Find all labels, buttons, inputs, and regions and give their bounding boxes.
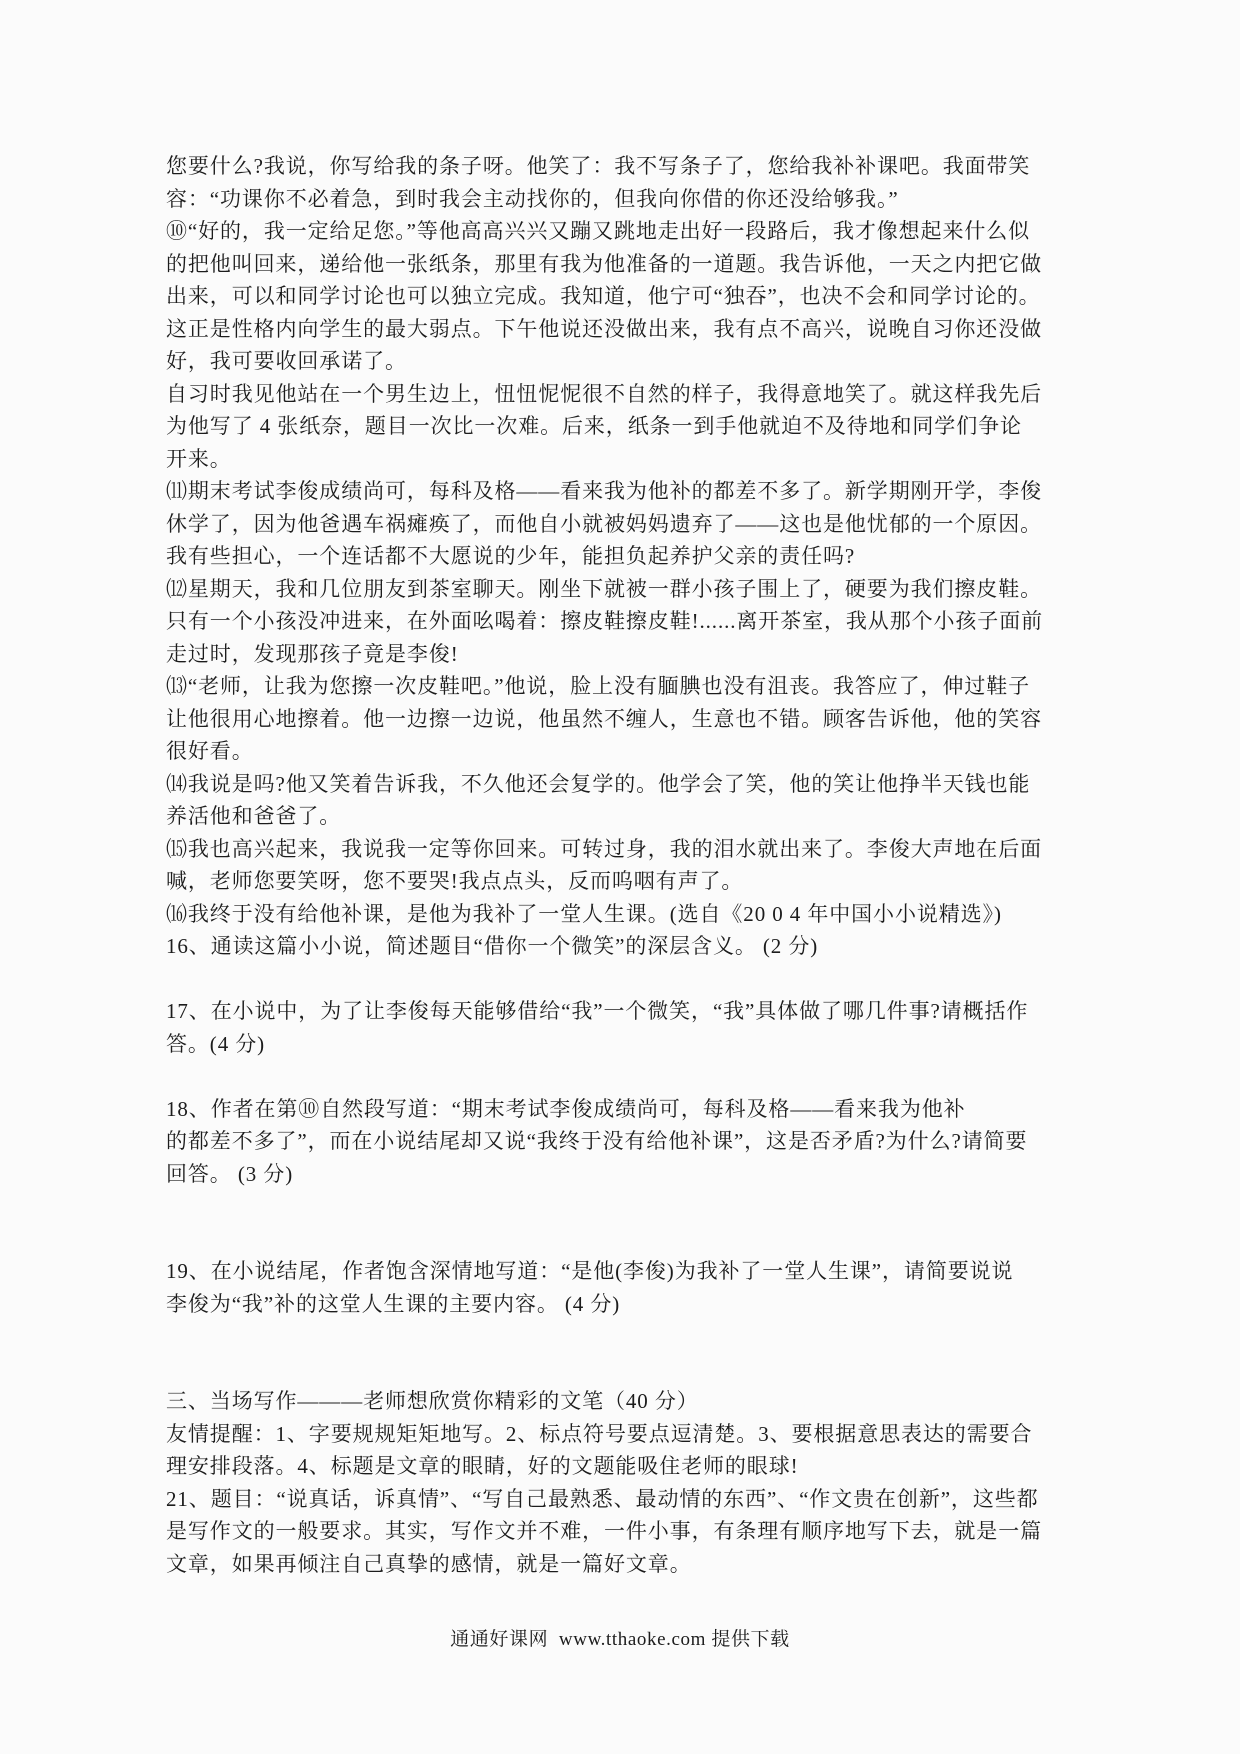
text-line: 好，我可要收回承诺了。 [166,345,1086,378]
text-line: 为他写了 4 张纸奈，题目一次比一次难。后来，纸条一到手他就迫不及待地和同学们争… [166,410,1086,443]
text-line: ⒀“老师，让我为您擦一次皮鞋吧。”他说，脸上没有腼腆也没有沮丧。我答应了，伸过鞋… [166,670,1086,703]
text-line: 很好看。 [166,735,1086,768]
text-line: 文章，如果再倾注自己真挚的感情，就是一篇好文章。 [166,1548,1086,1581]
text-line: 出来，可以和同学讨论也可以独立完成。我知道，他宁可“独吞”，也决不会和同学讨论的… [166,280,1086,313]
blank-line [166,1190,1086,1223]
blank-line [166,1353,1086,1386]
document-body: 您要什么?我说，你写给我的条子呀。他笑了：我不写条子了，您给我补补课吧。我面带笑… [166,150,1086,1580]
text-line: 自习时我见他站在一个男生边上，忸忸怩怩很不自然的样子，我得意地笑了。就这样我先后 [166,378,1086,411]
text-line: 您要什么?我说，你写给我的条子呀。他笑了：我不写条子了，您给我补补课吧。我面带笑 [166,150,1086,183]
blank-line [166,963,1086,996]
text-line: 回答。 (3 分) [166,1158,1086,1191]
text-line: 三、当场写作———老师想欣赏你精彩的文笔（40 分） [166,1385,1086,1418]
text-line: 理安排段落。4、标题是文章的眼睛，好的文题能吸住老师的眼球! [166,1450,1086,1483]
text-line: 让他很用心地擦着。他一边擦一边说，他虽然不缠人，生意也不错。顾客告诉他，他的笑容 [166,703,1086,736]
text-line: ⒃我终于没有给他补课，是他为我补了一堂人生课。(选自《20 0 4 年中国小小说… [166,898,1086,931]
blank-line [166,1223,1086,1256]
text-line: ⑩“好的，我一定给足您。”等他高高兴兴又蹦又跳地走出好一段路后，我才像想起来什么… [166,215,1086,248]
document-page: 您要什么?我说，你写给我的条子呀。他笑了：我不写条子了，您给我补补课吧。我面带笑… [0,0,1240,1754]
text-line: 的都差不多了”，而在小说结尾却又说“我终于没有给他补课”，这是否矛盾?为什么?请… [166,1125,1086,1158]
text-line: 李俊为“我”补的这堂人生课的主要内容。 (4 分) [166,1288,1086,1321]
text-line: 喊，老师您要笑呀，您不要哭!我点点头，反而呜咽有声了。 [166,865,1086,898]
text-line: 18、作者在第⑩自然段写道：“期末考试李俊成绩尚可，每科及格——看来我为他补 [166,1093,1086,1126]
text-line: 养活他和爸爸了。 [166,800,1086,833]
blank-line [166,1060,1086,1093]
text-line: 16、通读这篇小小说，简述题目“借你一个微笑”的深层含义。 (2 分) [166,930,1086,963]
text-line: 21、题目：“说真话，诉真情”、“写自己最熟悉、最动情的东西”、“作文贵在创新”… [166,1483,1086,1516]
text-line: 我有些担心，一个连话都不大愿说的少年，能担负起养护父亲的责任吗? [166,540,1086,573]
text-line: 只有一个小孩没冲进来，在外面吆喝着：擦皮鞋擦皮鞋!......离开茶室，我从那个… [166,605,1086,638]
text-line: 休学了，因为他爸遇车祸瘫痪了，而他自小就被妈妈遗弃了——这也是他忧郁的一个原因。 [166,508,1086,541]
text-line: 这正是性格内向学生的最大弱点。下午他说还没做出来，我有点不高兴，说晚自习你还没做 [166,313,1086,346]
text-line: ⑾期末考试李俊成绩尚可，每科及格——看来我为他补的都差不多了。新学期刚开学，李俊 [166,475,1086,508]
text-line: 的把他叫回来，递给他一张纸条，那里有我为他准备的一道题。我告诉他，一天之内把它做 [166,248,1086,281]
text-line: 是写作文的一般要求。其实，写作文并不难，一件小事，有条理有顺序地写下去，就是一篇 [166,1515,1086,1548]
text-line: 答。(4 分) [166,1028,1086,1061]
blank-line [166,1320,1086,1353]
text-line: 17、在小说中，为了让李俊每天能够借给“我”一个微笑，“我”具体做了哪几件事?请… [166,995,1086,1028]
text-line: ⑿星期天，我和几位朋友到茶室聊天。刚坐下就被一群小孩子围上了，硬要为我们擦皮鞋。 [166,573,1086,606]
text-line: 容：“功课你不必着急，到时我会主动找你的，但我向你借的你还没给够我。” [166,183,1086,216]
text-line: 走过时，发现那孩子竟是李俊! [166,638,1086,671]
text-line: 19、在小说结尾，作者饱含深情地写道：“是他(李俊)为我补了一堂人生课”，请简要… [166,1255,1086,1288]
text-line: 开来。 [166,443,1086,476]
text-line: ⒂我也高兴起来，我说我一定等你回来。可转过身，我的泪水就出来了。李俊大声地在后面 [166,833,1086,866]
text-line: 友情提醒：1、字要规规矩矩地写。2、标点符号要点逗清楚。3、要根据意思表达的需要… [166,1418,1086,1451]
page-footer: 通通好课网 www.tthaoke.com 提供下载 [0,1624,1240,1651]
text-line: ⒁我说是吗?他又笑着告诉我，不久他还会复学的。他学会了笑，他的笑让他挣半天钱也能 [166,768,1086,801]
